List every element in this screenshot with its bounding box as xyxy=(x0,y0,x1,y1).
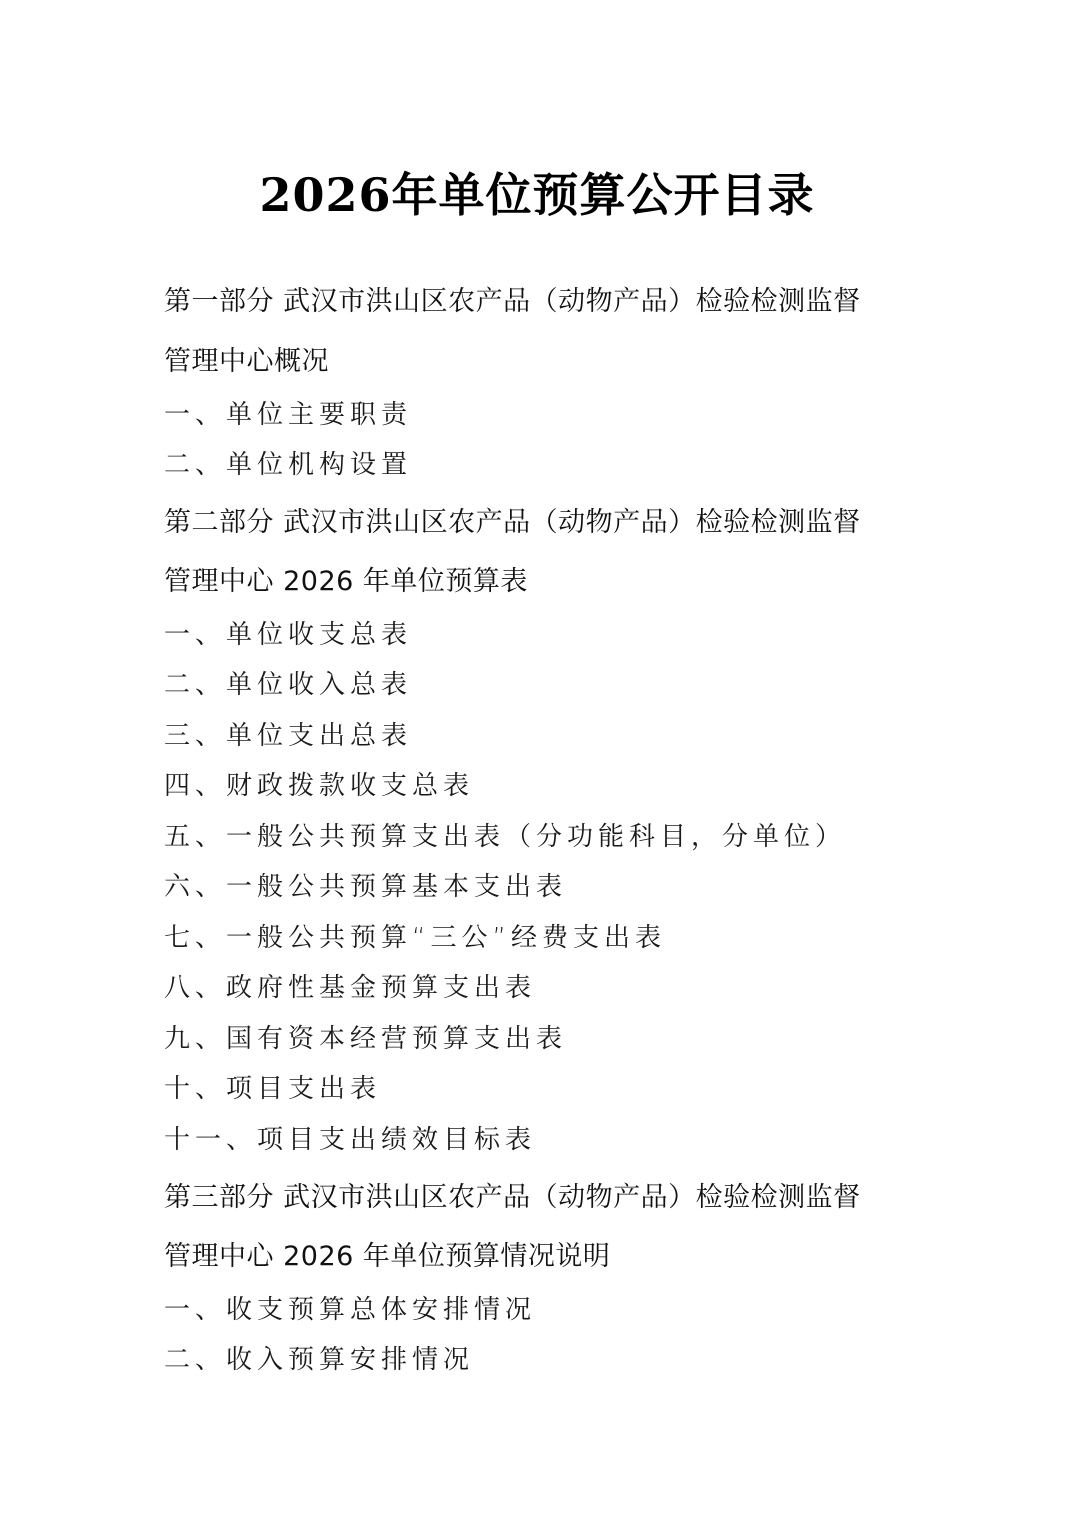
part-2-heading-line-1: 第二部分 武汉市洪山区农产品（动物产品）检验检测监督 xyxy=(164,503,861,543)
toc-item: 二、收入预算安排情况 xyxy=(164,1340,474,1380)
part-1-heading-line-1: 第一部分 武汉市洪山区农产品（动物产品）检验检测监督 xyxy=(164,282,861,322)
toc-item: 三、单位支出总表 xyxy=(164,716,412,756)
document-page: 2026年单位预算公开目录 第一部分 武汉市洪山区农产品（动物产品）检验检测监督… xyxy=(0,0,1074,1520)
toc-item: 一、收支预算总体安排情况 xyxy=(164,1290,536,1330)
part-1-heading-line-2: 管理中心概况 xyxy=(164,342,329,382)
toc-item: 五、一般公共预算支出表（分功能科目，分单位） xyxy=(164,817,846,857)
toc-item: 一、单位主要职责 xyxy=(164,395,412,435)
toc-item: 十、项目支出表 xyxy=(164,1069,381,1109)
toc-item: 八、政府性基金预算支出表 xyxy=(164,968,536,1008)
page-title: 2026年单位预算公开目录 xyxy=(0,160,1074,230)
part-3-heading-line-1: 第三部分 武汉市洪山区农产品（动物产品）检验检测监督 xyxy=(164,1178,861,1218)
part-3-heading-line-2: 管理中心 2026 年单位预算情况说明 xyxy=(164,1237,610,1277)
part-2-heading-line-2: 管理中心 2026 年单位预算表 xyxy=(164,562,528,602)
toc-item: 九、国有资本经营预算支出表 xyxy=(164,1019,567,1059)
toc-item: 六、一般公共预算基本支出表 xyxy=(164,867,567,907)
toc-item: 七、一般公共预算“三公”经费支出表 xyxy=(164,918,666,958)
toc-item: 二、单位机构设置 xyxy=(164,445,412,485)
toc-item: 二、单位收入总表 xyxy=(164,665,412,705)
toc-item: 十一、项目支出绩效目标表 xyxy=(164,1120,536,1160)
toc-item: 四、财政拨款收支总表 xyxy=(164,766,474,806)
toc-item: 一、单位收支总表 xyxy=(164,615,412,655)
